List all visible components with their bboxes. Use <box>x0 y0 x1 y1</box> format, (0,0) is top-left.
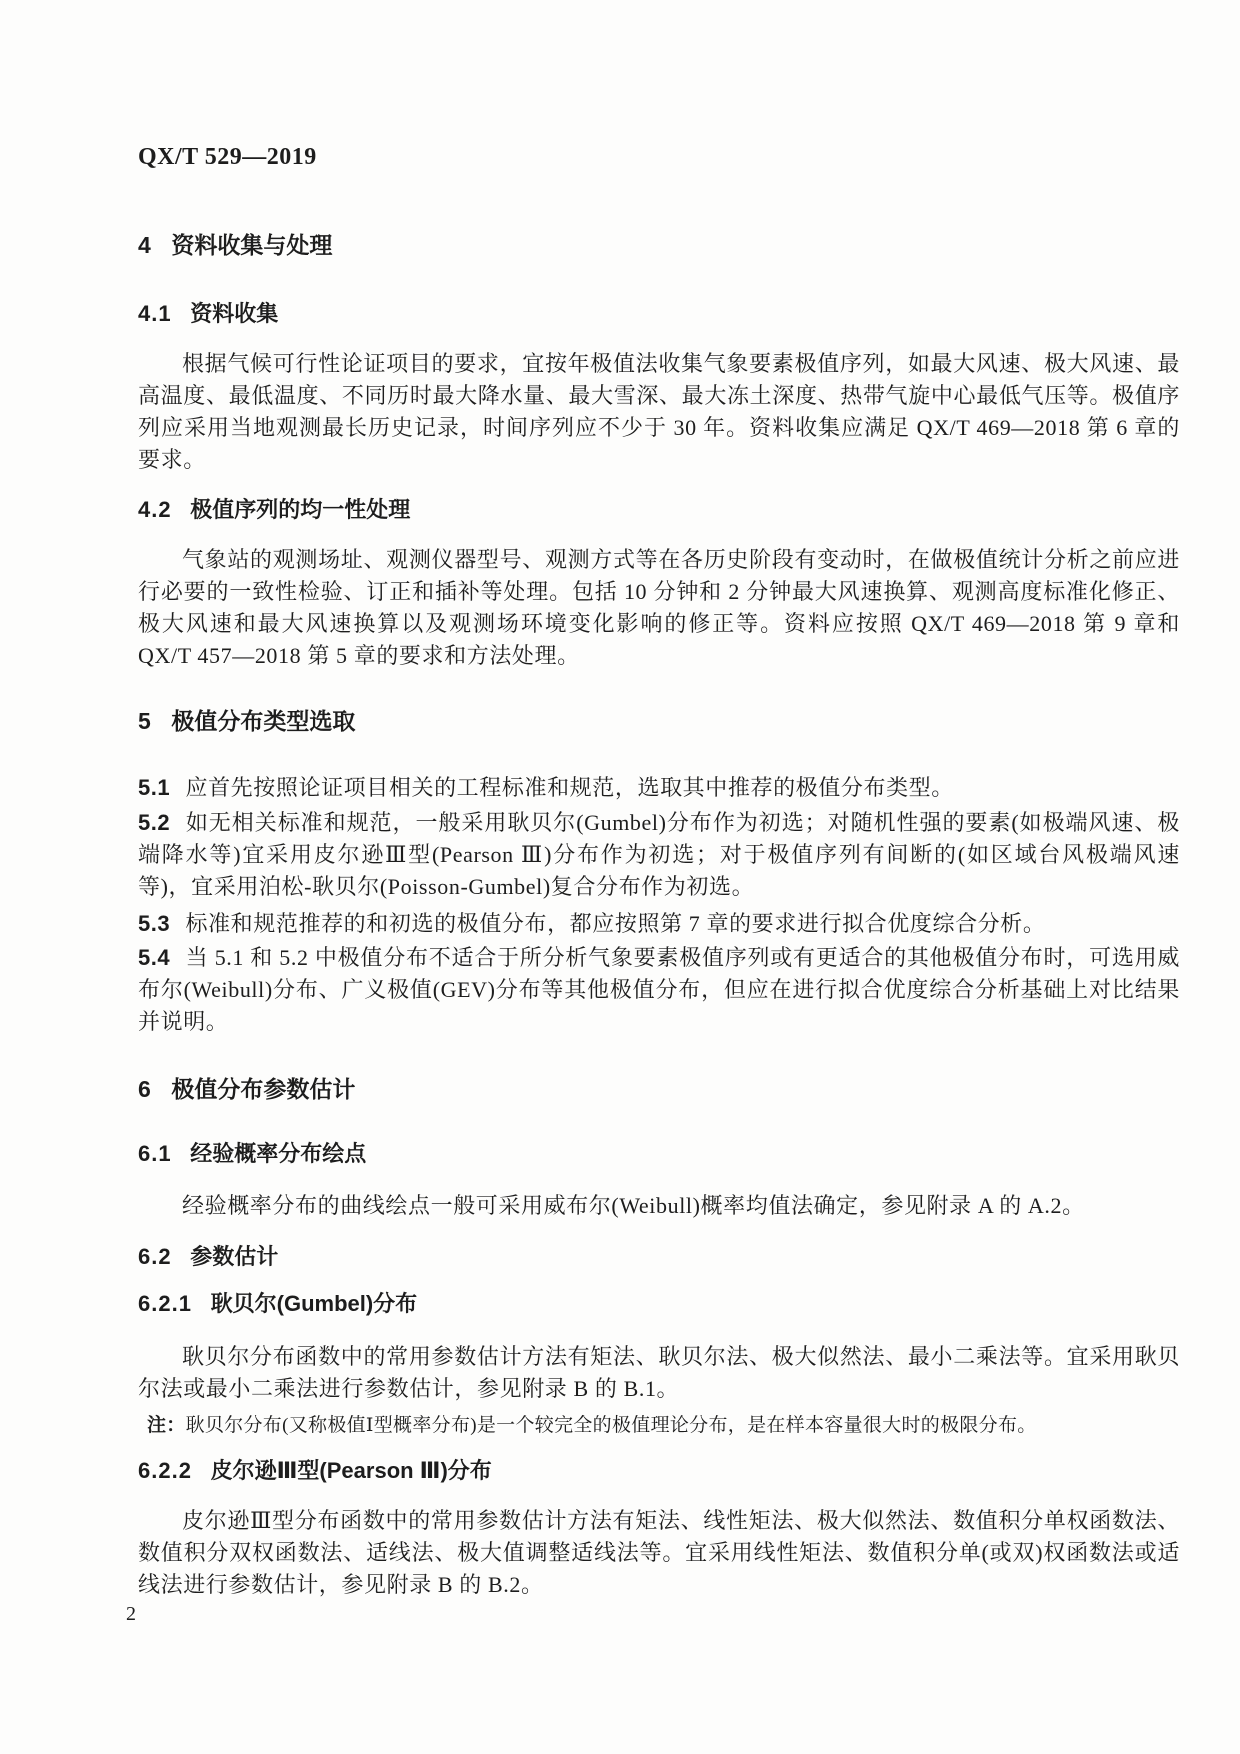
section-4-1-title: 资料收集 <box>190 301 278 326</box>
chapter-4-number: 4 <box>138 232 152 258</box>
clause-5-3-text: 标准和规范推荐的和初选的极值分布，都应按照第 7 章的要求进行拟合优度综合分析。 <box>185 911 1045 936</box>
clause-5-1-text: 应首先按照论证项目相关的工程标准和规范，选取其中推荐的极值分布类型。 <box>185 775 953 800</box>
clause-5-1-number: 5.1 <box>138 775 170 800</box>
section-6-2-2-number: 6.2.2 <box>138 1458 192 1483</box>
section-6-2-number: 6.2 <box>138 1244 172 1269</box>
section-6-2-2-title: 皮尔逊Ⅲ型(Pearson Ⅲ)分布 <box>211 1458 492 1483</box>
section-6-2-1-title: 耿贝尔(Gumbel)分布 <box>211 1291 418 1316</box>
clause-5-2-text: 如无相关标准和规范，一般采用耿贝尔(Gumbel)分布作为初选；对随机性强的要素… <box>138 810 1180 899</box>
clause-5-3: 5.3标准和规范推荐的和初选的极值分布，都应按照第 7 章的要求进行拟合优度综合… <box>138 908 1180 940</box>
page-number: 2 <box>126 1600 136 1628</box>
chapter-4-title: 资料收集与处理 <box>171 232 332 258</box>
heading-chapter-4: 4资料收集与处理 <box>138 229 1180 261</box>
standard-code-header: QX/T 529—2019 <box>138 141 1180 173</box>
note-6-2-1: 注：耿贝尔分布(又称极值Ⅰ型概率分布)是一个较完全的极值理论分布，是在样本容量很… <box>138 1411 1180 1441</box>
note-label: 注： <box>147 1415 186 1436</box>
section-4-1-number: 4.1 <box>138 301 172 326</box>
heading-section-6-2: 6.2参数估计 <box>138 1241 1180 1273</box>
chapter-6-title: 极值分布参数估计 <box>171 1076 355 1102</box>
section-6-2-1-number: 6.2.1 <box>138 1291 192 1316</box>
clause-5-2-number: 5.2 <box>138 810 170 835</box>
paragraph-6-2-2: 皮尔逊Ⅲ型分布函数中的常用参数估计方法有矩法、线性矩法、极大似然法、数值积分单权… <box>138 1505 1180 1601</box>
heading-section-6-2-2: 6.2.2皮尔逊Ⅲ型(Pearson Ⅲ)分布 <box>138 1455 1180 1487</box>
clause-5-1: 5.1应首先按照论证项目相关的工程标准和规范，选取其中推荐的极值分布类型。 <box>138 772 1180 804</box>
heading-section-6-2-1: 6.2.1耿贝尔(Gumbel)分布 <box>138 1288 1180 1320</box>
chapter-5-title: 极值分布类型选取 <box>171 708 355 734</box>
section-4-2-number: 4.2 <box>138 497 172 522</box>
note-text: 耿贝尔分布(又称极值Ⅰ型概率分布)是一个较完全的极值理论分布，是在样本容量很大时… <box>186 1415 1037 1436</box>
paragraph-4-1: 根据气候可行性论证项目的要求，宜按年极值法收集气象要素极值序列，如最大风速、极大… <box>138 348 1180 476</box>
heading-section-4-2: 4.2极值序列的均一性处理 <box>138 494 1180 526</box>
section-6-1-number: 6.1 <box>138 1141 172 1166</box>
chapter-5-number: 5 <box>138 708 152 734</box>
paragraph-4-2: 气象站的观测场址、观测仪器型号、观测方式等在各历史阶段有变动时，在做极值统计分析… <box>138 544 1180 672</box>
document-body: QX/T 529—2019 4资料收集与处理 4.1资料收集 根据气候可行性论证… <box>138 0 1180 1601</box>
section-6-1-title: 经验概率分布绘点 <box>190 1141 366 1166</box>
heading-section-4-1: 4.1资料收集 <box>138 298 1180 330</box>
clause-5-4-text: 当 5.1 和 5.2 中极值分布不适合于所分析气象要素极值序列或有更适合的其他… <box>138 945 1180 1034</box>
clause-5-2: 5.2如无相关标准和规范，一般采用耿贝尔(Gumbel)分布作为初选；对随机性强… <box>138 807 1180 903</box>
clause-5-4-number: 5.4 <box>138 945 170 970</box>
document-scan-page: { "header": { "code": "QX/T 529—2019" },… <box>0 0 1240 1754</box>
heading-chapter-6: 6极值分布参数估计 <box>138 1073 1180 1105</box>
chapter-6-number: 6 <box>138 1076 152 1102</box>
section-6-2-title: 参数估计 <box>190 1244 278 1269</box>
clause-5-3-number: 5.3 <box>138 911 170 936</box>
section-4-2-title: 极值序列的均一性处理 <box>190 497 410 522</box>
paragraph-6-1: 经验概率分布的曲线绘点一般可采用威布尔(Weibull)概率均值法确定，参见附录… <box>138 1190 1180 1222</box>
clause-5-4: 5.4当 5.1 和 5.2 中极值分布不适合于所分析气象要素极值序列或有更适合… <box>138 942 1180 1038</box>
heading-chapter-5: 5极值分布类型选取 <box>138 705 1180 737</box>
heading-section-6-1: 6.1经验概率分布绘点 <box>138 1138 1180 1170</box>
paragraph-6-2-1: 耿贝尔分布函数中的常用参数估计方法有矩法、耿贝尔法、极大似然法、最小二乘法等。宜… <box>138 1341 1180 1405</box>
